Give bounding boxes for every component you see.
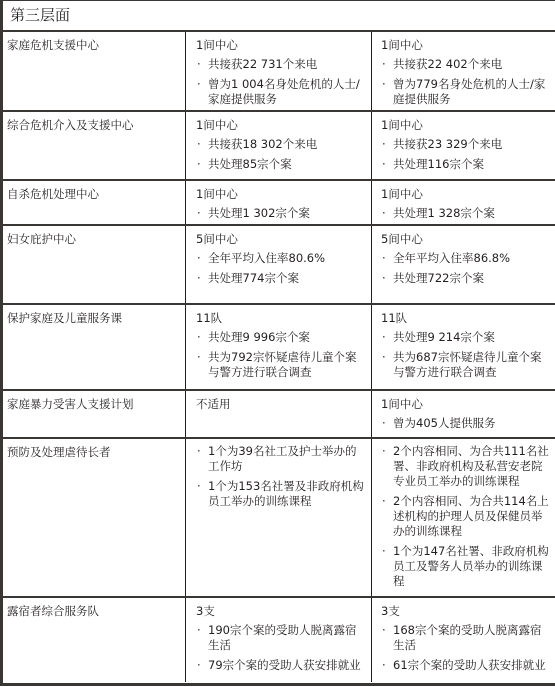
list-item-text: 共处理116宗个案 — [393, 157, 484, 171]
section-title: 第三层面 — [3, 1, 555, 32]
list-item: ·共处理722宗个案 — [381, 271, 549, 286]
stats-list: ·共接获18 302个来电·共处理85宗个案 — [196, 137, 365, 172]
list-item-text: 曾为1 004名身处危机的人士/家庭提供服务 — [208, 77, 360, 106]
list-item: ·168宗个案的受助人脱离露宿生活 — [381, 623, 549, 653]
bullet-icon: · — [197, 251, 201, 266]
service-name: 保护家庭及儿童服务课 — [3, 305, 185, 389]
unit-count: 不适用 — [196, 396, 365, 412]
list-item-text: 共处理774宗个案 — [208, 271, 299, 285]
bullet-icon: · — [197, 658, 201, 673]
year-2-cell: 1间中心·共接获22 402个来电·曾为779名身处危机的人士/家庭提供服务 — [371, 32, 555, 110]
table-row: 自杀危机处理中心1间中心·共处理1 302宗个案1间中心·共处理1 328宗个案 — [3, 181, 555, 226]
bullet-icon: · — [382, 494, 386, 509]
list-item-text: 共处理9 996宗个案 — [208, 330, 310, 344]
list-item: ·全年平均入住率80.6% — [196, 251, 365, 266]
year-1-cell: 3支·190宗个案的受助人脱离露宿生活·79宗个案的受助人获安排就业 — [185, 598, 371, 682]
list-item-text: 168宗个案的受助人脱离露宿生活 — [393, 623, 541, 652]
year-1-cell: ·1个为39名社工及护士举办的工作坊·1个为153名社署及非政府机构员工举办的训… — [185, 439, 371, 596]
list-item-text: 1个为153名社署及非政府机构员工举办的训练课程 — [208, 479, 364, 508]
bullet-icon: · — [382, 444, 386, 459]
bullet-icon: · — [382, 623, 386, 638]
list-item: ·曾为405人提供服务 — [381, 416, 549, 431]
bullet-icon: · — [382, 658, 386, 673]
bullet-icon: · — [197, 350, 201, 365]
list-item: ·共接获23 329个来电 — [381, 137, 549, 152]
bullet-icon: · — [382, 251, 386, 266]
list-item: ·79宗个案的受助人获安排就业 — [196, 658, 365, 673]
bullet-icon: · — [197, 137, 201, 152]
unit-count: 1间中心 — [381, 117, 549, 133]
stats-list: ·共接获22 731个来电·曾为1 004名身处危机的人士/家庭提供服务 — [196, 57, 365, 107]
bullet-icon: · — [382, 350, 386, 365]
list-item-text: 共处理722宗个案 — [393, 271, 484, 285]
unit-count: 5间中心 — [381, 231, 549, 247]
service-name: 自杀危机处理中心 — [3, 181, 185, 224]
list-item-text: 61宗个案的受助人获安排就业 — [393, 658, 546, 672]
bullet-icon: · — [382, 157, 386, 172]
stats-list: ·曾为405人提供服务 — [381, 416, 549, 431]
table-row: 家庭危机支援中心1间中心·共接获22 731个来电·曾为1 004名身处危机的人… — [3, 32, 555, 112]
bullet-icon: · — [197, 157, 201, 172]
table-row: 露宿者综合服务队3支·190宗个案的受助人脱离露宿生活·79宗个案的受助人获安排… — [3, 598, 555, 682]
bullet-icon: · — [382, 137, 386, 152]
list-item-text: 共处理85宗个案 — [208, 157, 292, 171]
list-item: ·共处理85宗个案 — [196, 157, 365, 172]
bullet-icon: · — [197, 206, 201, 221]
year-2-cell: 5间中心·全年平均入住率86.8%·共处理722宗个案 — [371, 226, 555, 303]
stats-list: ·全年平均入住率80.6%·共处理774宗个案 — [196, 251, 365, 286]
list-item-text: 全年平均入住率86.8% — [393, 251, 510, 265]
unit-count: 5间中心 — [196, 231, 365, 247]
list-item: ·共处理9 214宗个案 — [381, 330, 549, 345]
year-2-cell: 1间中心·共处理1 328宗个案 — [371, 181, 555, 224]
table-row: 保护家庭及儿童服务课11队·共处理9 996宗个案·共为792宗怀疑虐待儿童个案… — [3, 305, 555, 391]
stats-list: ·共处理1 302宗个案 — [196, 206, 365, 221]
list-item-text: 1个为39名社工及护士举办的工作坊 — [208, 444, 356, 473]
year-1-cell: 1间中心·共接获22 731个来电·曾为1 004名身处危机的人士/家庭提供服务 — [185, 32, 371, 110]
bullet-icon: · — [382, 330, 386, 345]
year-2-cell: 11队·共处理9 214宗个案·共为687宗怀疑虐待儿童个案与警方进行联合调查 — [371, 305, 555, 389]
list-item: ·共处理9 996宗个案 — [196, 330, 365, 345]
unit-count: 11队 — [381, 310, 549, 326]
bullet-icon: · — [197, 623, 201, 638]
list-item: ·曾为779名身处危机的人士/家庭提供服务 — [381, 77, 549, 107]
stats-list: ·共处理9 214宗个案·共为687宗怀疑虐待儿童个案与警方进行联合调查 — [381, 330, 549, 380]
year-2-cell: 3支·168宗个案的受助人脱离露宿生活·61宗个案的受助人获安排就业 — [371, 598, 555, 682]
list-item-text: 共接获23 329个来电 — [393, 137, 502, 151]
stats-list: ·190宗个案的受助人脱离露宿生活·79宗个案的受助人获安排就业 — [196, 623, 365, 673]
bullet-icon: · — [382, 544, 386, 559]
stats-list: ·168宗个案的受助人脱离露宿生活·61宗个案的受助人获安排就业 — [381, 623, 549, 673]
stats-list: ·共接获23 329个来电·共处理116宗个案 — [381, 137, 549, 172]
unit-count: 3支 — [196, 603, 365, 619]
service-name: 露宿者综合服务队 — [3, 598, 185, 682]
list-item: ·61宗个案的受助人获安排就业 — [381, 658, 549, 673]
list-item-text: 2个内容相同、为合共114名上述机构的护理人员及保健员举办的训练课程 — [393, 494, 549, 538]
unit-count: 1间中心 — [196, 186, 365, 202]
unit-count: 1间中心 — [196, 37, 365, 53]
list-item-text: 曾为779名身处危机的人士/家庭提供服务 — [393, 77, 545, 106]
list-item: ·共为687宗怀疑虐待儿童个案与警方进行联合调查 — [381, 350, 549, 380]
year-1-cell: 11队·共处理9 996宗个案·共为792宗怀疑虐待儿童个案与警方进行联合调查 — [185, 305, 371, 389]
list-item: ·共处理1 328宗个案 — [381, 206, 549, 221]
table-row: 预防及处理虐待长者·1个为39名社工及护士举办的工作坊·1个为153名社署及非政… — [3, 439, 555, 598]
list-item: ·2个内容相同、为合共111名社署、非政府机构及私营安老院专业员工举办的训练课程 — [381, 444, 549, 489]
list-item-text: 共处理1 328宗个案 — [393, 206, 495, 220]
stats-list: ·2个内容相同、为合共111名社署、非政府机构及私营安老院专业员工举办的训练课程… — [381, 444, 549, 589]
bullet-icon: · — [382, 271, 386, 286]
table-row: 家庭暴力受害人支援计划不适用1间中心·曾为405人提供服务 — [3, 391, 555, 439]
table-row: 综合危机介入及支援中心1间中心·共接获18 302个来电·共处理85宗个案1间中… — [3, 112, 555, 181]
service-name: 家庭危机支援中心 — [3, 32, 185, 110]
list-item-text: 共处理9 214宗个案 — [393, 330, 495, 344]
list-item-text: 全年平均入住率80.6% — [208, 251, 325, 265]
stats-list: ·共接获22 402个来电·曾为779名身处危机的人士/家庭提供服务 — [381, 57, 549, 107]
list-item: ·曾为1 004名身处危机的人士/家庭提供服务 — [196, 77, 365, 107]
service-name: 预防及处理虐待长者 — [3, 439, 185, 596]
list-item: ·全年平均入住率86.8% — [381, 251, 549, 266]
list-item: ·共接获18 302个来电 — [196, 137, 365, 152]
stats-list: ·共处理9 996宗个案·共为792宗怀疑虐待儿童个案与警方进行联合调查 — [196, 330, 365, 380]
service-name: 家庭暴力受害人支援计划 — [3, 391, 185, 437]
list-item-text: 2个内容相同、为合共111名社署、非政府机构及私营安老院专业员工举办的训练课程 — [393, 444, 549, 488]
bullet-icon: · — [382, 416, 386, 431]
bullet-icon: · — [382, 57, 386, 72]
list-item: ·共处理774宗个案 — [196, 271, 365, 286]
unit-count: 11队 — [196, 310, 365, 326]
list-item-text: 共接获22 402个来电 — [393, 57, 502, 71]
service-name: 妇女庇护中心 — [3, 226, 185, 303]
list-item: ·共处理116宗个案 — [381, 157, 549, 172]
year-2-cell: ·2个内容相同、为合共111名社署、非政府机构及私营安老院专业员工举办的训练课程… — [371, 439, 555, 596]
bullet-icon: · — [197, 57, 201, 72]
list-item: ·共接获22 731个来电 — [196, 57, 365, 72]
bullet-icon: · — [382, 206, 386, 221]
stats-list: ·1个为39名社工及护士举办的工作坊·1个为153名社署及非政府机构员工举办的训… — [196, 444, 365, 509]
list-item: ·共处理1 302宗个案 — [196, 206, 365, 221]
list-item: ·共接获22 402个来电 — [381, 57, 549, 72]
stats-list: ·共处理1 328宗个案 — [381, 206, 549, 221]
list-item: ·1个为153名社署及非政府机构员工举办的训练课程 — [196, 479, 365, 509]
bullet-icon: · — [382, 77, 386, 92]
list-item-text: 190宗个案的受助人脱离露宿生活 — [208, 623, 356, 652]
list-item: ·共为792宗怀疑虐待儿童个案与警方进行联合调查 — [196, 350, 365, 380]
stats-list: ·全年平均入住率86.8%·共处理722宗个案 — [381, 251, 549, 286]
list-item-text: 共接获22 731个来电 — [208, 57, 317, 71]
list-item: ·2个内容相同、为合共114名上述机构的护理人员及保健员举办的训练课程 — [381, 494, 549, 539]
list-item-text: 曾为405人提供服务 — [393, 416, 495, 430]
unit-count: 1间中心 — [381, 37, 549, 53]
list-item-text: 共接获18 302个来电 — [208, 137, 317, 151]
list-item-text: 1个为147名社署、非政府机构员工及警务人员举办的训练课程 — [393, 544, 549, 588]
unit-count: 1间中心 — [381, 396, 549, 412]
unit-count: 1间中心 — [381, 186, 549, 202]
year-1-cell: 1间中心·共接获18 302个来电·共处理85宗个案 — [185, 112, 371, 179]
bullet-icon: · — [197, 271, 201, 286]
bullet-icon: · — [197, 479, 201, 494]
bullet-icon: · — [197, 330, 201, 345]
list-item-text: 共为792宗怀疑虐待儿童个案与警方进行联合调查 — [208, 350, 356, 379]
service-name: 综合危机介入及支援中心 — [3, 112, 185, 179]
list-item-text: 共为687宗怀疑虐待儿童个案与警方进行联合调查 — [393, 350, 541, 379]
year-2-cell: 1间中心·曾为405人提供服务 — [371, 391, 555, 437]
year-1-cell: 5间中心·全年平均入住率80.6%·共处理774宗个案 — [185, 226, 371, 303]
list-item: ·1个为39名社工及护士举办的工作坊 — [196, 444, 365, 474]
unit-count: 1间中心 — [196, 117, 365, 133]
bullet-icon: · — [197, 77, 201, 92]
list-item: ·1个为147名社署、非政府机构员工及警务人员举办的训练课程 — [381, 544, 549, 589]
unit-count: 3支 — [381, 603, 549, 619]
list-item-text: 79宗个案的受助人获安排就业 — [208, 658, 361, 672]
list-item: ·190宗个案的受助人脱离露宿生活 — [196, 623, 365, 653]
list-item-text: 共处理1 302宗个案 — [208, 206, 310, 220]
year-1-cell: 1间中心·共处理1 302宗个案 — [185, 181, 371, 224]
year-2-cell: 1间中心·共接获23 329个来电·共处理116宗个案 — [371, 112, 555, 179]
bullet-icon: · — [197, 444, 201, 459]
year-1-cell: 不适用 — [185, 391, 371, 437]
table-row: 妇女庇护中心5间中心·全年平均入住率80.6%·共处理774宗个案5间中心·全年… — [3, 226, 555, 305]
